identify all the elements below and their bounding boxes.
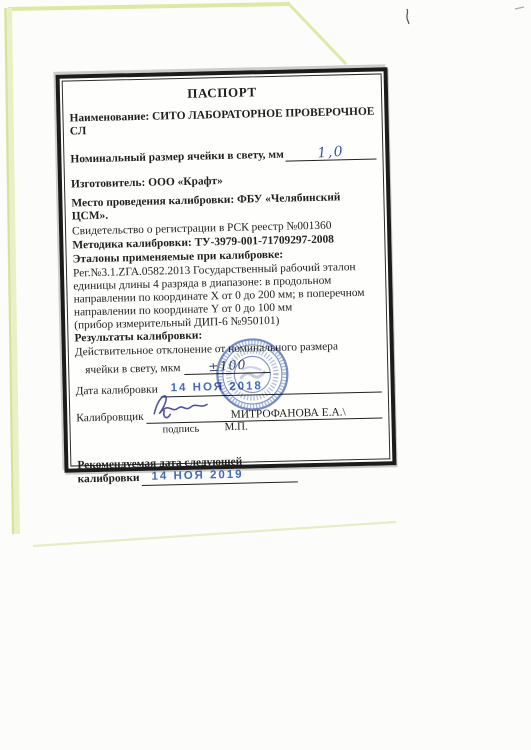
cell-size-handwritten-value: 1,0	[317, 144, 345, 160]
field-method-value: ТУ-3979-001-71709297-2008	[194, 233, 334, 248]
standards-description: Рег.№3.1.ZГА.0582.2013 Государственный р…	[73, 261, 380, 320]
field-manufacturer: Изготовитель: ООО «Крафт»	[71, 171, 377, 191]
field-manufacturer-value: ООО «Крафт»	[148, 175, 223, 189]
calibrator-label: Калибровщик	[76, 411, 144, 426]
field-name: Наименование: СИТО ЛАБОРАТОРНОЕ ПРОВЕРОЧ…	[69, 106, 376, 139]
field-cell-size-label: Номинальный размер ячейки в свету, мм	[70, 148, 284, 166]
next-date-label-line2: калибровки	[78, 472, 140, 487]
passport-sheet: ПАСПОРТ Наименование: СИТО ЛАБОРАТОРНОЕ …	[56, 67, 397, 472]
field-manufacturer-label: Изготовитель:	[71, 177, 146, 191]
calibration-date-label: Дата калибровки	[76, 384, 158, 399]
next-date-blank-line: 14 НОЯ 2019	[141, 470, 297, 486]
round-seal-stamp-icon	[214, 336, 292, 414]
field-calibration-place-label: Место проведения калибровки:	[71, 194, 234, 210]
signature-scribble-icon	[150, 388, 213, 421]
seal-place-mark: М.П.	[224, 421, 248, 434]
signature-caption: подпись	[162, 424, 199, 437]
pen-tick-mark	[407, 7, 524, 24]
next-date-stamp: 14 НОЯ 2019	[141, 470, 243, 484]
field-cell-size: Номинальный размер ячейки в свету, мм 1,…	[70, 144, 376, 166]
cell-size-blank-line: 1,0	[286, 144, 377, 161]
field-name-label: Наименование:	[69, 111, 149, 125]
document-title: ПАСПОРТ	[69, 82, 375, 104]
field-method-label: Методика калибровки:	[72, 237, 192, 252]
deviation-label: ячейки в свету, мкм	[85, 362, 181, 377]
